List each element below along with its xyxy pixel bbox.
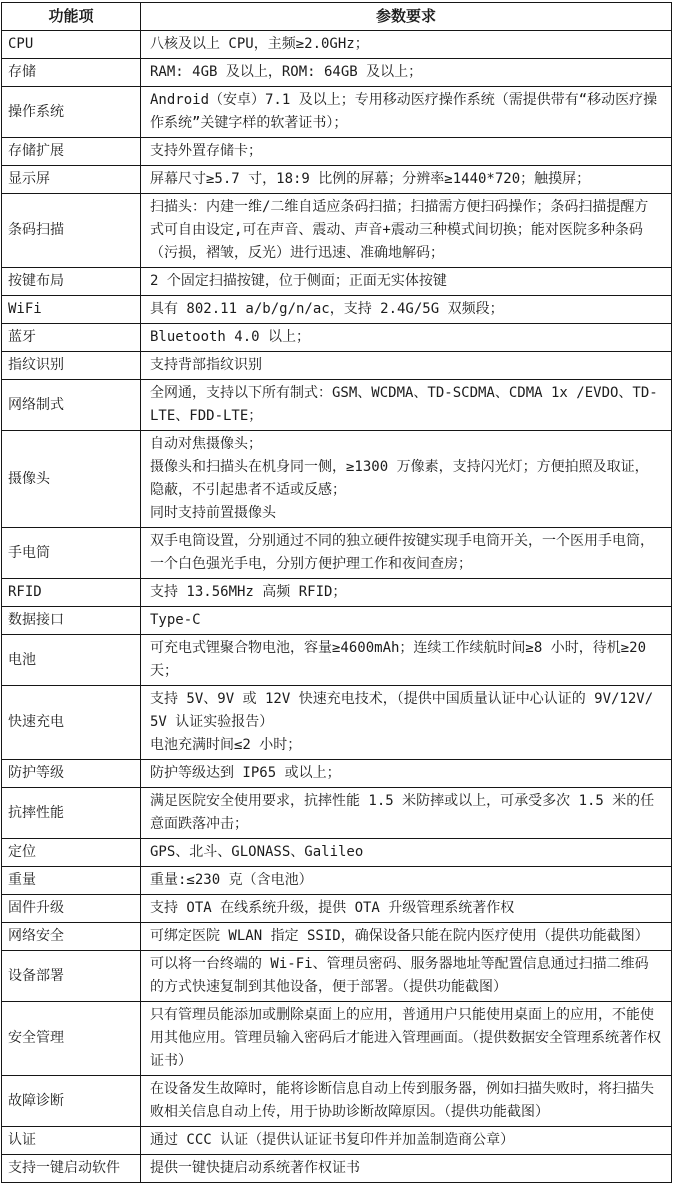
parameter-paragraph: 防护等级达到 IP65 或以上； (150, 762, 661, 785)
function-item-cell: 固件升级 (2, 895, 141, 923)
parameter-requirement-cell: 防护等级达到 IP65 或以上； (141, 760, 672, 788)
function-item-cell: 防护等级 (2, 760, 141, 788)
parameter-paragraph: 支持外置存储卡； (150, 140, 661, 163)
function-item-cell: 快速充电 (2, 686, 141, 760)
parameter-requirement-cell: 八核及以上 CPU，主频≥2.0GHz； (141, 31, 672, 59)
parameter-paragraph: 具有 802.11 a/b/g/n/ac，支持 2.4G/5G 双频段； (150, 298, 661, 321)
function-item-cell: 认证 (2, 1127, 141, 1155)
table-row: 存储RAM: 4GB 及以上，ROM: 64GB 及以上； (2, 59, 672, 87)
function-item-cell: 手电筒 (2, 528, 141, 579)
function-item-cell: 网络制式 (2, 380, 141, 431)
parameter-paragraph: 同时支持前置摄像头 (150, 502, 661, 525)
parameter-paragraph: 只有管理员能添加或删除桌面上的应用，普通用户只能使用桌面上的应用，不能使用其他应… (150, 1004, 661, 1073)
function-item-cell: 故障诊断 (2, 1076, 141, 1127)
function-item-cell: 定位 (2, 839, 141, 867)
parameter-paragraph: 可以将一台终端的 Wi-Fi、管理员密码、服务器地址等配置信息通过扫描二维码的方… (150, 953, 661, 999)
table-row: 存储扩展支持外置存储卡； (2, 138, 672, 166)
parameter-requirement-cell: 扫描头：内建一维/二维自适应条码扫描；扫描需方便扫码操作；条码扫描提醒方式可自由… (141, 194, 672, 268)
parameter-requirement-cell: 双手电筒设置，分别通过不同的独立硬件按键实现手电筒开关，一个医用手电筒，一个白色… (141, 528, 672, 579)
function-item-cell: 设备部署 (2, 951, 141, 1002)
parameter-paragraph: 支持 5V、9V 或 12V 快速充电技术，（提供中国质量认证中心认证的 9V/… (150, 688, 661, 734)
parameter-requirement-cell: GPS、北斗、GLONASS、Galileo (141, 839, 672, 867)
parameter-requirement-cell: 只有管理员能添加或删除桌面上的应用，普通用户只能使用桌面上的应用，不能使用其他应… (141, 1002, 672, 1076)
parameter-paragraph: 全网通，支持以下所有制式：GSM、WCDMA、TD-SCDMA、CDMA 1x … (150, 382, 661, 428)
parameter-paragraph: 可充电式锂聚合物电池，容量≥4600mAh；连续工作续航时间≥8 小时，待机≥2… (150, 637, 661, 683)
parameter-paragraph: GPS、北斗、GLONASS、Galileo (150, 841, 661, 864)
parameter-paragraph: 重量:≤230 克（含电池） (150, 869, 661, 892)
function-item-cell: 数据接口 (2, 607, 141, 635)
table-row: 数据接口Type-C (2, 607, 672, 635)
table-row: RFID支持 13.56MHz 高频 RFID； (2, 579, 672, 607)
parameter-requirement-cell: 自动对焦摄像头；摄像头和扫描头在机身同一侧，≥1300 万像素，支持闪光灯；方便… (141, 431, 672, 528)
table-row: 按键布局2 个固定扫描按键，位于侧面；正面无实体按键 (2, 268, 672, 296)
table-row: 网络制式全网通，支持以下所有制式：GSM、WCDMA、TD-SCDMA、CDMA… (2, 380, 672, 431)
table-row: 定位GPS、北斗、GLONASS、Galileo (2, 839, 672, 867)
function-item-cell: RFID (2, 579, 141, 607)
table-row: 电池可充电式锂聚合物电池，容量≥4600mAh；连续工作续航时间≥8 小时，待机… (2, 635, 672, 686)
table-row: 认证通过 CCC 认证（提供认证证书复印件并加盖制造商公章） (2, 1127, 672, 1155)
parameter-paragraph: 通过 CCC 认证（提供认证证书复印件并加盖制造商公章） (150, 1129, 661, 1152)
parameter-requirement-cell: 支持背部指纹识别 (141, 352, 672, 380)
parameter-paragraph: 在设备发生故障时，能将诊断信息自动上传到服务器，例如扫描失败时，将扫描失败相关信… (150, 1078, 661, 1124)
parameter-paragraph: Type-C (150, 609, 661, 632)
table-row: 重量重量:≤230 克（含电池） (2, 867, 672, 895)
table-row: 抗摔性能满足医院安全使用要求，抗摔性能 1.5 米防摔或以上，可承受多次 1.5… (2, 788, 672, 839)
parameter-requirement-cell: Type-C (141, 607, 672, 635)
parameter-paragraph: 摄像头和扫描头在机身同一侧，≥1300 万像素，支持闪光灯；方便拍照及取证，隐蔽… (150, 456, 661, 502)
parameter-paragraph: Bluetooth 4.0 以上； (150, 326, 661, 349)
table-row: 故障诊断在设备发生故障时，能将诊断信息自动上传到服务器，例如扫描失败时，将扫描失… (2, 1076, 672, 1127)
table-row: 摄像头自动对焦摄像头；摄像头和扫描头在机身同一侧，≥1300 万像素，支持闪光灯… (2, 431, 672, 528)
parameter-requirement-cell: 提供一键快捷启动系统著作权证书 (141, 1155, 672, 1183)
table-row: 设备部署可以将一台终端的 Wi-Fi、管理员密码、服务器地址等配置信息通过扫描二… (2, 951, 672, 1002)
table-row: 支持一键启动软件提供一键快捷启动系统著作权证书 (2, 1155, 672, 1183)
function-item-cell: 条码扫描 (2, 194, 141, 268)
table-row: 固件升级支持 OTA 在线系统升级，提供 OTA 升级管理系统著作权 (2, 895, 672, 923)
parameter-paragraph: 自动对焦摄像头； (150, 433, 661, 456)
spec-table: 功能项 参数要求 CPU八核及以上 CPU，主频≥2.0GHz；存储RAM: 4… (1, 2, 672, 1183)
parameter-requirement-cell: 重量:≤230 克（含电池） (141, 867, 672, 895)
table-row: 防护等级防护等级达到 IP65 或以上； (2, 760, 672, 788)
function-item-cell: WiFi (2, 296, 141, 324)
parameter-requirement-cell: 可绑定医院 WLAN 指定 SSID，确保设备只能在院内医疗使用（提供功能截图） (141, 923, 672, 951)
parameter-requirement-cell: 满足医院安全使用要求，抗摔性能 1.5 米防摔或以上，可承受多次 1.5 米的任… (141, 788, 672, 839)
parameter-paragraph: 扫描头：内建一维/二维自适应条码扫描；扫描需方便扫码操作；条码扫描提醒方式可自由… (150, 196, 661, 265)
function-item-cell: 存储 (2, 59, 141, 87)
table-row: 蓝牙Bluetooth 4.0 以上； (2, 324, 672, 352)
table-row: 安全管理只有管理员能添加或删除桌面上的应用，普通用户只能使用桌面上的应用，不能使… (2, 1002, 672, 1076)
parameter-paragraph: 八核及以上 CPU，主频≥2.0GHz； (150, 33, 661, 56)
parameter-requirement-cell: 支持 OTA 在线系统升级，提供 OTA 升级管理系统著作权 (141, 895, 672, 923)
parameter-requirement-cell: 支持外置存储卡； (141, 138, 672, 166)
function-item-cell: 蓝牙 (2, 324, 141, 352)
parameter-paragraph: 支持背部指纹识别 (150, 354, 661, 377)
function-item-cell: 显示屏 (2, 166, 141, 194)
function-item-cell: 电池 (2, 635, 141, 686)
parameter-requirement-cell: Android（安卓）7.1 及以上；专用移动医疗操作系统（需提供带有“移动医疗… (141, 87, 672, 138)
parameter-paragraph: RAM: 4GB 及以上，ROM: 64GB 及以上； (150, 61, 661, 84)
parameter-requirement-cell: 可充电式锂聚合物电池，容量≥4600mAh；连续工作续航时间≥8 小时，待机≥2… (141, 635, 672, 686)
table-row: 指纹识别支持背部指纹识别 (2, 352, 672, 380)
function-item-cell: 按键布局 (2, 268, 141, 296)
parameter-paragraph: 提供一键快捷启动系统著作权证书 (150, 1157, 661, 1180)
spec-table-body: CPU八核及以上 CPU，主频≥2.0GHz；存储RAM: 4GB 及以上，RO… (2, 31, 672, 1183)
parameter-paragraph: 支持 13.56MHz 高频 RFID； (150, 581, 661, 604)
parameter-paragraph: Android（安卓）7.1 及以上；专用移动医疗操作系统（需提供带有“移动医疗… (150, 89, 661, 135)
document-page: 功能项 参数要求 CPU八核及以上 CPU，主频≥2.0GHz；存储RAM: 4… (0, 0, 675, 1184)
function-item-cell: 抗摔性能 (2, 788, 141, 839)
header-row: 功能项 参数要求 (2, 3, 672, 31)
parameter-paragraph: 2 个固定扫描按键，位于侧面；正面无实体按键 (150, 270, 661, 293)
parameter-requirement-cell: RAM: 4GB 及以上，ROM: 64GB 及以上； (141, 59, 672, 87)
header-function-item: 功能项 (2, 3, 141, 31)
parameter-requirement-cell: Bluetooth 4.0 以上； (141, 324, 672, 352)
function-item-cell: 重量 (2, 867, 141, 895)
parameter-requirement-cell: 屏幕尺寸≥5.7 寸，18:9 比例的屏幕；分辨率≥1440*720；触摸屏； (141, 166, 672, 194)
table-row: 手电筒双手电筒设置，分别通过不同的独立硬件按键实现手电筒开关，一个医用手电筒，一… (2, 528, 672, 579)
parameter-paragraph: 支持 OTA 在线系统升级，提供 OTA 升级管理系统著作权 (150, 897, 661, 920)
parameter-paragraph: 可绑定医院 WLAN 指定 SSID，确保设备只能在院内医疗使用（提供功能截图） (150, 925, 661, 948)
table-row: WiFi具有 802.11 a/b/g/n/ac，支持 2.4G/5G 双频段； (2, 296, 672, 324)
function-item-cell: 摄像头 (2, 431, 141, 528)
parameter-requirement-cell: 具有 802.11 a/b/g/n/ac，支持 2.4G/5G 双频段； (141, 296, 672, 324)
parameter-requirement-cell: 支持 13.56MHz 高频 RFID； (141, 579, 672, 607)
table-row: 操作系统Android（安卓）7.1 及以上；专用移动医疗操作系统（需提供带有“… (2, 87, 672, 138)
parameter-requirement-cell: 通过 CCC 认证（提供认证证书复印件并加盖制造商公章） (141, 1127, 672, 1155)
function-item-cell: 支持一键启动软件 (2, 1155, 141, 1183)
function-item-cell: 存储扩展 (2, 138, 141, 166)
table-row: CPU八核及以上 CPU，主频≥2.0GHz； (2, 31, 672, 59)
parameter-requirement-cell: 2 个固定扫描按键，位于侧面；正面无实体按键 (141, 268, 672, 296)
header-parameter-requirement: 参数要求 (141, 3, 672, 31)
parameter-paragraph: 屏幕尺寸≥5.7 寸，18:9 比例的屏幕；分辨率≥1440*720；触摸屏； (150, 168, 661, 191)
function-item-cell: CPU (2, 31, 141, 59)
function-item-cell: 安全管理 (2, 1002, 141, 1076)
parameter-requirement-cell: 支持 5V、9V 或 12V 快速充电技术，（提供中国质量认证中心认证的 9V/… (141, 686, 672, 760)
parameter-paragraph: 满足医院安全使用要求，抗摔性能 1.5 米防摔或以上，可承受多次 1.5 米的任… (150, 790, 661, 836)
parameter-paragraph: 电池充满时间≤2 小时； (150, 734, 661, 757)
function-item-cell: 指纹识别 (2, 352, 141, 380)
spec-table-header: 功能项 参数要求 (2, 3, 672, 31)
parameter-paragraph: 双手电筒设置，分别通过不同的独立硬件按键实现手电筒开关，一个医用手电筒，一个白色… (150, 530, 661, 576)
function-item-cell: 网络安全 (2, 923, 141, 951)
parameter-requirement-cell: 可以将一台终端的 Wi-Fi、管理员密码、服务器地址等配置信息通过扫描二维码的方… (141, 951, 672, 1002)
table-row: 网络安全可绑定医院 WLAN 指定 SSID，确保设备只能在院内医疗使用（提供功… (2, 923, 672, 951)
table-row: 条码扫描扫描头：内建一维/二维自适应条码扫描；扫描需方便扫码操作；条码扫描提醒方… (2, 194, 672, 268)
table-row: 快速充电支持 5V、9V 或 12V 快速充电技术，（提供中国质量认证中心认证的… (2, 686, 672, 760)
table-row: 显示屏屏幕尺寸≥5.7 寸，18:9 比例的屏幕；分辨率≥1440*720；触摸… (2, 166, 672, 194)
parameter-requirement-cell: 全网通，支持以下所有制式：GSM、WCDMA、TD-SCDMA、CDMA 1x … (141, 380, 672, 431)
function-item-cell: 操作系统 (2, 87, 141, 138)
parameter-requirement-cell: 在设备发生故障时，能将诊断信息自动上传到服务器，例如扫描失败时，将扫描失败相关信… (141, 1076, 672, 1127)
